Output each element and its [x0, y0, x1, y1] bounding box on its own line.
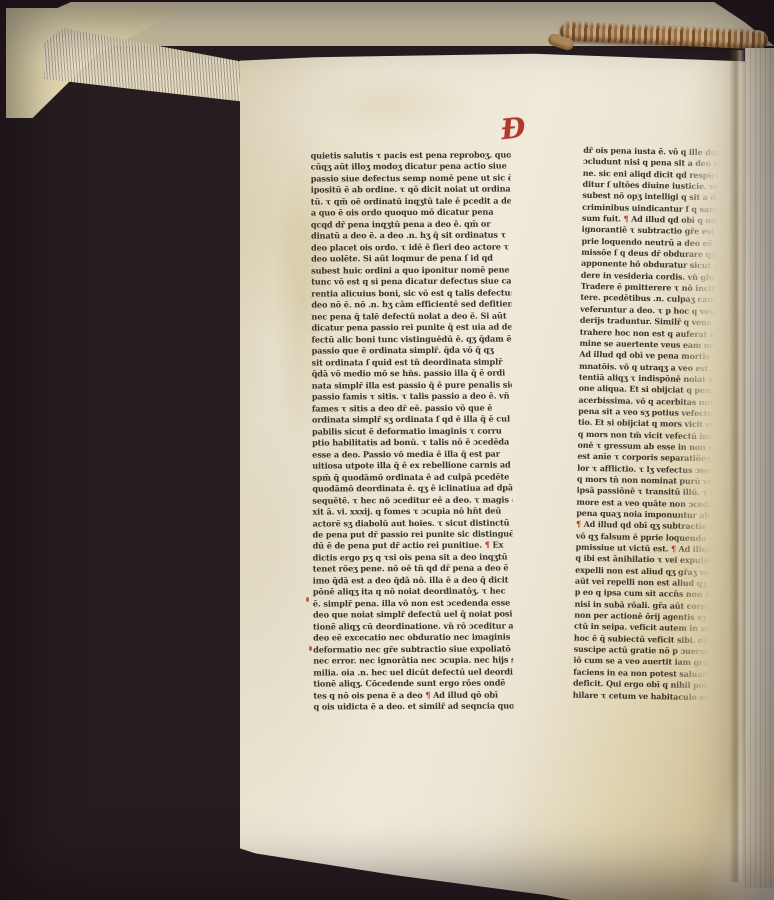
text-line: q̄dā vō medio mō se hn̄s. passio illa q̄… [312, 368, 512, 381]
page-fore-edges-fan [6, 28, 310, 872]
page-gutter-crease [729, 50, 745, 882]
text-line: quodāmō deordinata ē. qʒ ē iclinatiua ad… [312, 483, 512, 496]
text-line: passio famis τ sitis. τ talis passio a d… [312, 391, 512, 404]
text-line: tionē aliqʒ. Cōcedende sunt ergo rōes on… [313, 678, 513, 691]
pilcrow-rubric: ¶ [623, 214, 628, 224]
text-line: passio que ē ordinata simplr̄. q̄da vō q… [312, 345, 512, 358]
text-line: ordinata simplr̄ sʒ ordinata ſ qd ē illa… [312, 414, 512, 427]
text-line: dinatū a deo ē. a deo .n. hʒ q̄ sit ordi… [311, 230, 511, 243]
pilcrow-rubric: ¶ [485, 540, 490, 550]
pilcrow-rubric: ¶ [425, 690, 430, 700]
pilcrow-rubric: ¶ [671, 544, 676, 554]
text-line: deo eē excecatio nec obduratio nec imagi… [313, 632, 513, 645]
text-line: q ois uidicta ē a deo. et similr̄ ad seq… [313, 701, 513, 714]
text-line: xit ā. vi. xxxij. q fomes τ ɔcupia nō hn… [312, 505, 512, 518]
text-line: dicatur pena passio rei punite q̄ est ui… [311, 322, 511, 335]
text-line: pōnē aliqʒ ita q nō noiat deordinatōʒ. τ… [313, 586, 513, 599]
facing-page-edge [745, 48, 774, 888]
text-line: cūqʒ aūt illoʒ modoʒ dicatur pena actio … [311, 161, 511, 174]
text-line: tenet rōeʒ pene. nō oē tn̄ qd dr̄ pena a… [313, 563, 513, 576]
text-line: nec error. nec ignorātia nec ɔcupia. nec… [313, 655, 513, 668]
text-line: tunc vō est q si pena dicatur defectus s… [311, 276, 511, 289]
rubrication-speck [309, 646, 312, 651]
text-line: ipositū ē ab ordine. τ qō dicit noiat ut… [311, 184, 511, 197]
text-line: dū ē de pena put dr̄ actio rei punitiue.… [313, 540, 513, 553]
text-column-right: dr̄ ois pena iusta ē. vō q ille due rōes… [573, 145, 720, 703]
pilcrow-rubric: ¶ [576, 519, 581, 529]
text-line: deo que noiat simplr̄ defectū uel q̄ noi… [313, 609, 513, 622]
text-column-left: quietis salutis τ pacis est pena reprobo… [311, 149, 514, 713]
rubrication-speck [306, 597, 309, 602]
text-line: ptio habilitatis ad bonū. τ talis nō ē ɔ… [312, 437, 512, 450]
text-line: deo nō ē. nō .n. hʒ cām efficientē sed d… [311, 299, 511, 312]
text-line: a quo ē ois ordo quoquo mō dicatur pena [311, 207, 511, 220]
text-line: uitiosa utpote illa q̄ ē ex rebellione c… [312, 460, 512, 473]
text-line: deo uolēte. Si aūt loqmur de pena ſ id q… [311, 253, 511, 266]
rubricated-initial-d: Ð [499, 111, 527, 146]
book-photograph: Ð quietis salutis τ pacis est pena repro… [0, 0, 774, 900]
